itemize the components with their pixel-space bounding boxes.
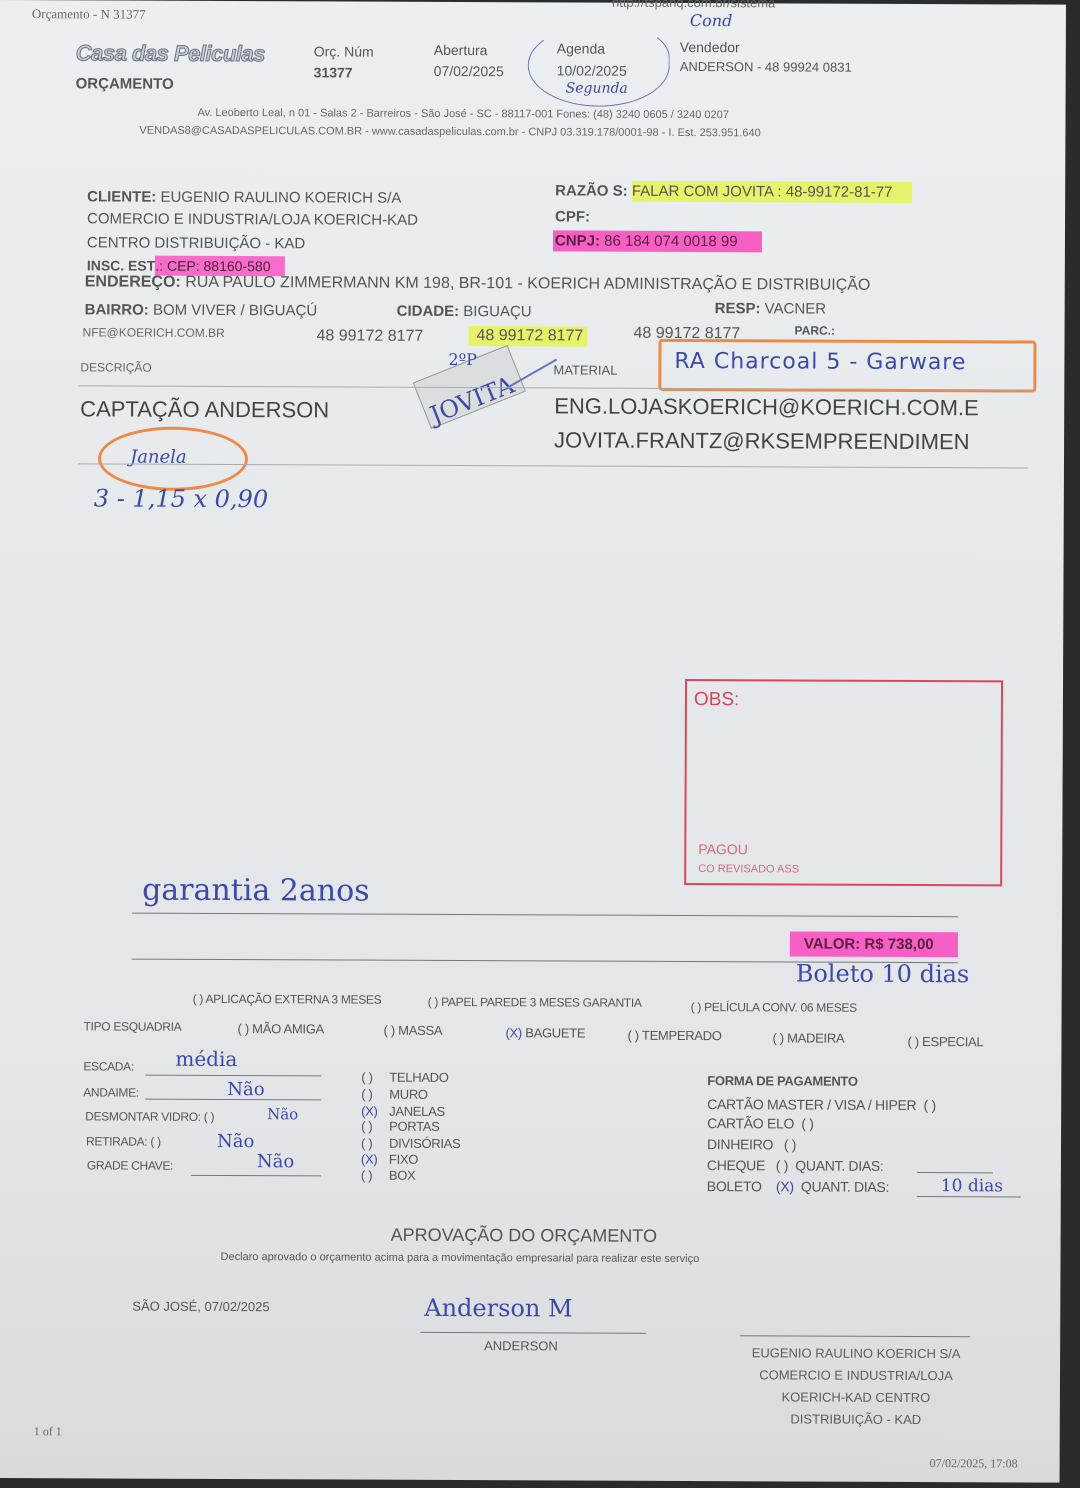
contact-email-2: JOVITA.FRANTZ@RKSEMPREENDIMEN <box>554 427 970 455</box>
cidade-row: CIDADE: BIGUAÇU <box>397 303 532 321</box>
option-label: TEMPERADO <box>642 1028 722 1043</box>
cnpj-row: CNPJ: 86 184 074 0018 99 <box>553 230 762 252</box>
location-option[interactable]: (X)JANELAS <box>361 1104 445 1119</box>
obs-box: OBS: PAGOU CO REVISADO ASS <box>684 679 1003 886</box>
option-label: CARTÃO MASTER / VISA / HIPER <box>707 1096 916 1113</box>
resp-row: RESP: VACNER <box>715 300 826 317</box>
cidade-label: CIDADE: <box>397 303 460 320</box>
client-email: NFE@KOERICH.COM.BR <box>83 325 225 340</box>
url-fragment: http://tspanq.com.br/sistema <box>612 0 775 10</box>
approval-title: APROVAÇÃO DO ORÇAMENTO <box>391 1225 657 1247</box>
checkbox[interactable]: ( ) <box>383 1023 394 1038</box>
escada-label: ESCADA: <box>83 1059 134 1073</box>
doc-type: ORÇAMENTO <box>76 75 174 92</box>
checkbox[interactable]: ( ) <box>691 1000 701 1014</box>
payment-option[interactable]: CARTÃO ELO ( ) <box>707 1115 814 1131</box>
esquadria-option[interactable]: (X) BAGUETE <box>505 1025 585 1040</box>
option-label: APLICAÇÃO EXTERNA 3 MESES <box>205 992 381 1007</box>
jovita-stamp-top: 2ºP <box>448 350 477 369</box>
option-label: MASSA <box>398 1023 442 1038</box>
option-label: JANELAS <box>389 1104 445 1119</box>
valor-total: VALOR: R$ 738,00 <box>790 931 958 957</box>
dias-label: QUANT. DIAS: <box>801 1179 889 1195</box>
abertura-date: 07/02/2025 <box>434 63 504 79</box>
cidade-value: BIGUAÇU <box>463 303 531 320</box>
endereco-value: RUA PAULO ZIMMERMANN KM 198, BR-101 - KO… <box>185 274 870 294</box>
razao-value: FALAR COM JOVITA : 48-99172-81-77 <box>632 181 913 203</box>
option-label: BAGUETE <box>525 1025 585 1040</box>
company-address: Av. Leoberto Leal, n 01 - Salas 2 - Barr… <box>197 107 728 121</box>
insc-est-row: INSC. EST.: CEP: 88160-580 <box>87 257 285 274</box>
running-title: Orçamento - N 31377 <box>32 6 146 22</box>
option-label: PORTAS <box>389 1119 440 1134</box>
client-sig-line-2: COMERCIO E INDUSTRIA/LOJA <box>718 1367 994 1383</box>
descricao-label: DESCRIÇÃO <box>80 360 151 374</box>
client-sig-line-3: KOERICH-KAD CENTRO <box>718 1389 994 1405</box>
insc-label: INSC. EST <box>87 257 156 273</box>
company-contact: VENDAS8@CASADASPELICULAS.COM.BR - www.ca… <box>139 125 760 140</box>
checkbox[interactable]: ( ) <box>193 992 203 1006</box>
boleto-dias-value[interactable]: 10 dias <box>941 1176 1003 1196</box>
option-label: MADEIRA <box>787 1030 844 1045</box>
seller-signature-line <box>420 1332 646 1334</box>
garantia-line <box>132 913 958 918</box>
option-label: MÃO AMIGA <box>252 1021 324 1036</box>
warranty-option[interactable]: ( ) PELÍCULA CONV. 06 MESES <box>691 1000 857 1015</box>
cliente-line-2: COMERCIO E INDUSTRIA/LOJA KOERICH-KAD <box>87 210 418 228</box>
payment-option[interactable]: CARTÃO MASTER / VISA / HIPER ( ) <box>707 1096 936 1113</box>
checkbox-checked[interactable]: (X) <box>361 1152 389 1167</box>
place-date: SÃO JOSÉ, 07/02/2025 <box>132 1299 269 1315</box>
warranty-option[interactable]: ( ) PAPEL PAREDE 3 MESES GARANTIA <box>428 995 642 1010</box>
location-option[interactable]: (X)FIXO <box>361 1152 418 1167</box>
razao-label: RAZÃO S: <box>555 182 628 199</box>
phone-2: 48 99172 8177 <box>468 326 587 347</box>
cliente-line-3: CENTRO DISTRIBUIÇÃO - KAD <box>87 234 305 252</box>
endereco-label: ENDEREÇO: <box>85 273 181 290</box>
escada-line <box>145 1075 321 1077</box>
esquadria-option[interactable]: ( ) MÃO AMIGA <box>237 1021 323 1036</box>
checkbox[interactable]: ( ) <box>784 1136 796 1152</box>
warranty-option[interactable]: ( ) APLICAÇÃO EXTERNA 3 MESES <box>193 992 382 1007</box>
quote-document: Orçamento - N 31377 http://tspanq.com.br… <box>0 0 1066 1483</box>
bairro-label: BAIRRO: <box>85 301 149 318</box>
option-label: CARTÃO ELO <box>707 1115 794 1131</box>
checkbox[interactable]: ( ) <box>801 1116 813 1132</box>
checkbox[interactable]: ( ) <box>772 1030 783 1045</box>
grade-chave-line <box>191 1175 321 1177</box>
checkbox[interactable]: ( ) <box>361 1070 389 1085</box>
andaime-label: ANDAIME: <box>83 1085 139 1099</box>
bairro-value: BOM VIVER / BIGUAÇÚ <box>153 302 317 320</box>
top-handwritten-note: Cond <box>690 11 733 30</box>
seller-name[interactable]: ANDERSON <box>484 1338 558 1353</box>
cnpj-value: 86 184 074 0018 99 <box>604 233 738 251</box>
agenda-handwritten-bracket <box>528 24 670 107</box>
client-sig-line-1: EUGENIO RAULINO KOERICH S/A <box>718 1345 994 1361</box>
obs-footer: CO REVISADO ASS <box>698 863 799 875</box>
grade-chave-value[interactable]: Não <box>257 1151 294 1172</box>
checkbox[interactable]: ( ) <box>361 1087 389 1102</box>
option-label: DINHEIRO <box>707 1136 773 1152</box>
checkbox[interactable]: ( ) <box>361 1136 389 1151</box>
orc-num-label: Orç. Núm <box>314 43 374 59</box>
payment-option[interactable]: BOLETO (X) QUANT. DIAS: <box>707 1178 889 1195</box>
andaime-value[interactable]: Não <box>227 1079 264 1100</box>
payment-option[interactable]: DINHEIRO ( ) <box>707 1136 796 1152</box>
option-label: TELHADO <box>389 1070 448 1085</box>
payment-option[interactable]: CHEQUE ( ) QUANT. DIAS: <box>707 1157 884 1174</box>
endereco-row: ENDEREÇO: RUA PAULO ZIMMERMANN KM 198, B… <box>85 273 871 294</box>
checkbox[interactable]: ( ) <box>627 1028 638 1043</box>
payment-title: FORMA DE PAGAMENTO <box>707 1073 857 1089</box>
esquadria-option[interactable]: ( ) MADEIRA <box>772 1030 844 1045</box>
desmontar-value[interactable]: Não <box>267 1105 298 1123</box>
cliente-name: EUGENIO RAULINO KOERICH S/A <box>160 189 401 207</box>
company-logo: Casa das Peliculas <box>76 40 265 67</box>
esquadria-option[interactable]: ( ) TEMPERADO <box>627 1028 721 1043</box>
retirada-label: RETIRADA: ( ) <box>86 1134 161 1148</box>
location-option[interactable]: ( )TELHADO <box>361 1070 448 1085</box>
resp-label: RESP: <box>715 300 761 317</box>
location-option[interactable]: ( )MURO <box>361 1087 428 1102</box>
checkbox[interactable]: ( ) <box>776 1157 788 1173</box>
esquadria-label: TIPO ESQUADRIA <box>83 1019 181 1033</box>
cpf-label: CPF: <box>555 208 590 225</box>
garantia-note: garantia 2anos <box>142 873 370 909</box>
location-option[interactable]: ( )BOX <box>361 1168 416 1183</box>
orc-num: 31377 <box>314 64 353 80</box>
vendedor-label: Vendedor <box>680 39 740 55</box>
item-measure: 3 - 1,15 x 0,90 <box>94 484 268 513</box>
pagamento-note: Boleto 10 dias <box>796 959 970 988</box>
option-label: ESPECIAL <box>922 1034 983 1049</box>
dias-label: QUANT. DIAS: <box>795 1157 883 1173</box>
parc-label: PARC.: <box>795 323 836 337</box>
razao-row: RAZÃO S: FALAR COM JOVITA : 48-99172-81-… <box>555 182 912 201</box>
checkbox[interactable]: ( ) <box>361 1119 389 1134</box>
option-label: PELÍCULA CONV. 06 MESES <box>704 1000 857 1015</box>
option-label: BOX <box>389 1168 416 1183</box>
bairro-row: BAIRRO: BOM VIVER / BIGUAÇÚ <box>85 301 318 319</box>
approval-text: Declaro aprovado o orçamento acima para … <box>220 1251 699 1265</box>
cnpj-label: CNPJ: <box>555 232 600 249</box>
material-value: RA Charcoal 5 - Garware <box>674 349 966 375</box>
seller-signature: Anderson M <box>424 1294 572 1323</box>
obs-pagou: PAGOU <box>698 841 748 857</box>
checkbox[interactable]: ( ) <box>237 1021 248 1036</box>
option-label: FIXO <box>389 1152 418 1167</box>
print-timestamp: 07/02/2025, 17:08 <box>930 1456 1018 1471</box>
cliente-label: CLIENTE: <box>87 188 156 205</box>
desmontar-label: DESMONTAR VIDRO: ( ) <box>85 1109 214 1124</box>
option-label: MURO <box>389 1087 428 1102</box>
captacao-text: CAPTAÇÃO ANDERSON <box>80 396 329 423</box>
client-signature-line <box>740 1335 970 1337</box>
cheque-dias-line <box>917 1172 993 1173</box>
resp-value: VACNER <box>765 300 826 317</box>
location-option[interactable]: ( )DIVISÓRIAS <box>361 1136 460 1151</box>
cliente-line-1: CLIENTE: EUGENIO RAULINO KOERICH S/A <box>87 188 401 206</box>
option-label: DIVISÓRIAS <box>389 1136 460 1151</box>
option-label: CHEQUE <box>707 1157 765 1173</box>
option-label: PAPEL PAREDE 3 MESES GARANTIA <box>441 995 642 1010</box>
pagination: 1 of 1 <box>34 1424 62 1439</box>
checkbox-checked[interactable]: (X) <box>505 1025 522 1040</box>
client-sig-line-4: DISTRIBUIÇÃO - KAD <box>718 1411 994 1427</box>
retirada-value[interactable]: Não <box>217 1131 254 1152</box>
contact-email-1: ENG.LOJASKOERICH@KOERICH.COM.E <box>554 393 979 421</box>
option-label: BOLETO <box>707 1178 762 1194</box>
grade-chave-label: GRADE CHAVE: <box>87 1158 173 1172</box>
material-label: MATERIAL <box>553 362 617 377</box>
checkbox[interactable]: ( ) <box>428 995 438 1009</box>
esquadria-option[interactable]: ( ) MASSA <box>383 1023 442 1038</box>
escada-value[interactable]: média <box>175 1047 237 1071</box>
checkbox-checked[interactable]: (X) <box>776 1178 794 1194</box>
phone-1: 48 99172 8177 <box>316 327 423 345</box>
location-option[interactable]: ( )PORTAS <box>361 1119 440 1134</box>
abertura-label: Abertura <box>434 42 488 58</box>
checkbox[interactable]: ( ) <box>924 1097 936 1113</box>
checkbox-checked[interactable]: (X) <box>361 1104 389 1119</box>
obs-label: OBS: <box>694 689 740 711</box>
vendedor-value: ANDERSON - 48 99924 0831 <box>680 59 852 75</box>
checkbox[interactable]: ( ) <box>907 1034 918 1049</box>
checkbox[interactable]: ( ) <box>361 1168 389 1183</box>
esquadria-option[interactable]: ( ) ESPECIAL <box>907 1034 983 1049</box>
